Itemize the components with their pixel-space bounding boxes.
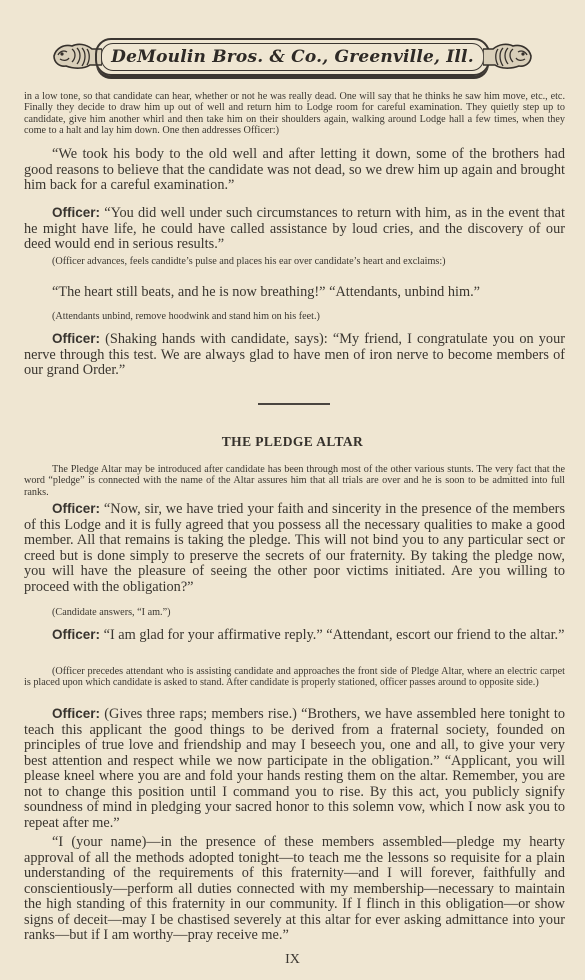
- dialogue-text: “You did well under such circumstances t…: [24, 205, 565, 252]
- page-header-banner: DeMoulin Bros. & Co., Greenville, Ill.: [50, 36, 535, 76]
- officer-dialogue: Officer: “Now, sir, we have tried your f…: [24, 501, 565, 595]
- speaker-label: Officer:: [52, 706, 100, 721]
- header-band: DeMoulin Bros. & Co., Greenville, Ill.: [95, 38, 490, 76]
- dialogue-quote: “The heart still beats, and he is now br…: [24, 285, 565, 301]
- publisher-title: DeMoulin Bros. & Co., Greenville, Ill.: [111, 47, 474, 67]
- officer-dialogue: Officer: “You did well under such circum…: [24, 205, 565, 253]
- dialogue-text: “Now, sir, we have tried your faith and …: [24, 501, 565, 595]
- pledge-oath: “I (your name)—in the presence of these …: [24, 835, 565, 944]
- dialogue-quote: “We took his body to the old well and af…: [24, 147, 565, 194]
- lion-head-ornament-icon: [483, 40, 535, 70]
- stage-direction: (Candidate answers, “I am.”): [24, 607, 565, 618]
- speaker-label: Officer:: [52, 331, 100, 346]
- speaker-label: Officer:: [52, 627, 100, 642]
- speaker-label: Officer:: [52, 501, 100, 516]
- stage-direction: (Attendants unbind, remove hoodwink and …: [24, 311, 565, 322]
- speaker-label: Officer:: [52, 205, 100, 220]
- stage-direction: (Officer advances, feels candidte’s puls…: [24, 256, 565, 267]
- section-divider: [258, 403, 330, 405]
- officer-dialogue: Officer: “I am glad for your affirmative…: [24, 627, 565, 644]
- section-heading: THE PLEDGE ALTAR: [0, 434, 585, 450]
- catalog-page: DeMoulin Bros. & Co., Greenville, Ill. i…: [0, 0, 585, 980]
- officer-dialogue: Officer: (Gives three raps; members rise…: [24, 706, 565, 831]
- dialogue-text: “I am glad for your affirmative reply.” …: [104, 627, 565, 643]
- stage-direction: in a low tone, so that candidate can hea…: [24, 91, 565, 136]
- stage-direction: (Officer precedes attendant who is assis…: [24, 666, 565, 689]
- dialogue-text: (Gives three raps; members rise.) “Broth…: [24, 706, 565, 831]
- section-intro: The Pledge Altar may be introduced after…: [24, 464, 565, 498]
- officer-dialogue: Officer: (Shaking hands with candidate, …: [24, 331, 565, 379]
- dialogue-text: (Shaking hands with candidate, says): “M…: [24, 331, 565, 378]
- page-number: IX: [0, 952, 585, 968]
